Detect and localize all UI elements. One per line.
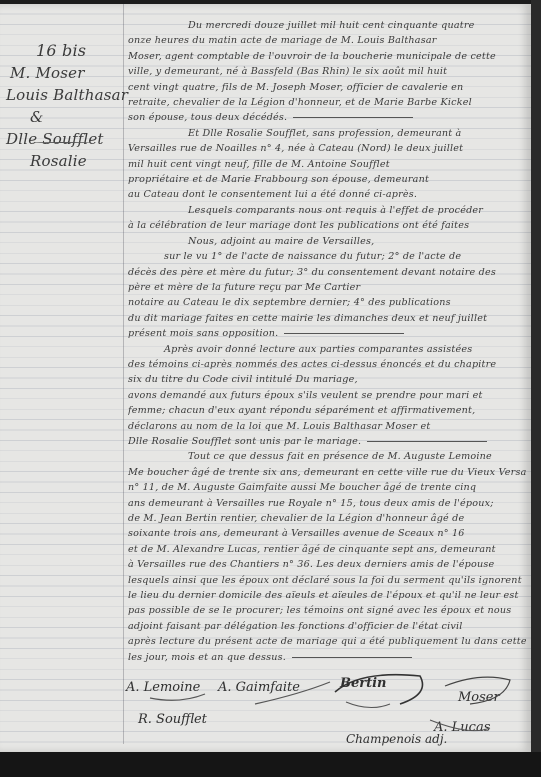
act-line: ans demeurant à Versailles rue Royale n°… [128,496,526,511]
act-line: onze heures du matin acte de mariage de … [128,33,526,48]
act-line-text: présent mois sans opposition. [128,328,278,339]
act-line: Nous, adjoint au maire de Versailles, [128,234,526,249]
act-line-text: son épouse, tous deux décédés. [128,112,287,123]
act-line: sur le vu 1° de l'acte de naissance du f… [128,249,526,264]
act-line: des témoins ci-après nommés des actes ci… [128,357,526,372]
margin-groom-surname: M. Moser [4,62,120,84]
margin-bride-surname: Dlle Soufflet [4,128,120,150]
act-line-text: Dlle Rosalie Soufflet sont unis par le m… [128,436,361,447]
line-filler [293,117,413,118]
line-filler [367,441,487,442]
act-line: après lecture du présent acte de mariage… [128,634,526,649]
margin-groom-names: Louis Balthasar [4,84,120,106]
act-line: adjoint faisant par délégation les fonct… [128,619,526,634]
register-page: 16 bis M. Moser Louis Balthasar & Dlle S… [0,4,534,752]
act-line: n° 11, de M. Auguste Gaimfaite aussi Me … [128,480,526,495]
act-line: à Versailles rue des Chantiers n° 36. Le… [128,557,526,572]
act-line: à la célébration de leur mariage dont le… [128,218,526,233]
signature-champenois: Champenois adj. [346,732,447,746]
act-body: Du mercredi douze juillet mil huit cent … [128,18,526,665]
margin-note: 16 bis M. Moser Louis Balthasar & Dlle S… [4,40,120,172]
signature-soufflet: R. Soufflet [138,712,207,727]
act-line: présent mois sans opposition. [128,326,526,341]
signature-moser: Moser [458,690,500,705]
act-line: Du mercredi douze juillet mil huit cent … [128,18,526,33]
act-line: et de M. Alexandre Lucas, rentier âgé de… [128,542,526,557]
scan-border [0,752,541,777]
act-line: père et mère de la future reçu par Me Ca… [128,280,526,295]
act-line: Lesquels comparants nous ont requis à l'… [128,203,526,218]
act-line: Dlle Rosalie Soufflet sont unis par le m… [128,434,526,449]
act-line: de M. Jean Bertin rentier, chevalier de … [128,511,526,526]
margin-bride-name: Rosalie [4,150,120,172]
act-line: pas possible de se le procurer; les témo… [128,603,526,618]
act-line: mil huit cent vingt neuf, fille de M. An… [128,157,526,172]
act-line: Et Dlle Rosalie Soufflet, sans professio… [128,126,526,141]
act-line: Me boucher âgé de trente six ans, demeur… [128,465,526,480]
act-line: le lieu du dernier domicile des aïeuls e… [128,588,526,603]
margin-ampersand: & [4,106,120,128]
act-line: six du titre du Code civil intitulé Du m… [128,372,526,387]
act-line: les jour, mois et an que dessus. [128,650,526,665]
act-line: retraite, chevalier de la Légion d'honne… [128,95,526,110]
act-line: soixante trois ans, demeurant à Versaill… [128,526,526,541]
line-filler [292,657,412,658]
act-line: cent vingt quatre, fils de M. Joseph Mos… [128,80,526,95]
act-line: Tout ce que dessus fait en présence de M… [128,449,526,464]
signature-lemoine: A. Lemoine [126,680,200,695]
act-line: du dit mariage faites en cette mairie le… [128,311,526,326]
margin-underline [32,142,92,144]
act-line: au Cateau dont le consentement lui a été… [128,187,526,202]
margin-rule [123,4,124,744]
act-line: lesquels ainsi que les époux ont déclaré… [128,573,526,588]
act-line: notaire au Cateau le dix septembre derni… [128,295,526,310]
act-line-text: les jour, mois et an que dessus. [128,652,286,663]
signature-gaimfaite: A. Gaimfaite [218,680,300,695]
act-line: propriétaire et de Marie Frabbourg son é… [128,172,526,187]
signature-bertin: Bertin [340,676,387,691]
act-line: décès des père et mère du futur; 3° du c… [128,265,526,280]
act-line: femme; chacun d'eux ayant répondu séparé… [128,403,526,418]
act-line: Moser, agent comptable de l'ouvroir de l… [128,49,526,64]
entry-number: 16 bis [4,40,120,62]
act-line: ville, y demeurant, né à Bassfeld (Bas R… [128,64,526,79]
line-filler [284,333,404,334]
act-line: Après avoir donné lecture aux parties co… [128,342,526,357]
act-line: son épouse, tous deux décédés. [128,110,526,125]
binding-edge [531,0,541,777]
act-line: avons demandé aux futurs époux s'ils veu… [128,388,526,403]
act-line: déclarons au nom de la loi que M. Louis … [128,419,526,434]
act-line: Versailles rue de Noailles n° 4, née à C… [128,141,526,156]
